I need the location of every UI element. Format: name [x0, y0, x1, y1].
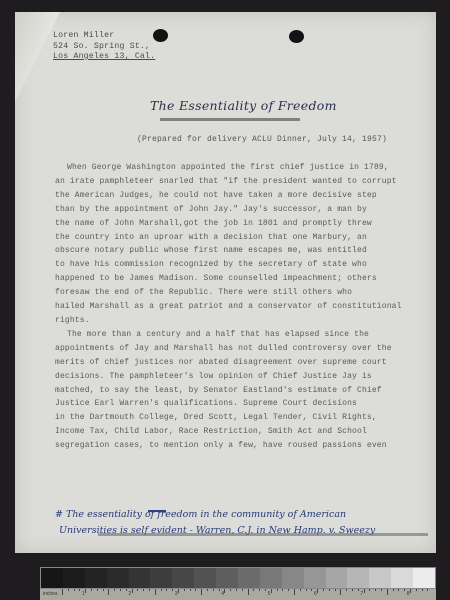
gray-step	[238, 568, 260, 588]
body-line: hailed Marshall as a great patriot and a…	[55, 300, 425, 314]
ruler-tick	[74, 589, 75, 591]
handwritten-note-line: # The essentiality of freedom in the com…	[55, 507, 425, 523]
color-target: inches 12345678	[40, 567, 436, 600]
ruler-tick	[416, 589, 417, 591]
body-line: Justice Earl Warren's qualifications. Su…	[55, 397, 425, 411]
body-line: When George Washington appointed the fir…	[55, 161, 425, 175]
gray-step	[41, 568, 63, 588]
body-line: segregation cases, to mention only a few…	[55, 439, 425, 453]
ruler-tick	[108, 589, 109, 595]
ruler-tick	[219, 589, 220, 591]
ruler-number: 3	[175, 591, 178, 597]
ruler-tick	[265, 589, 266, 591]
body-line: happened to be James Madison. Some couns…	[55, 272, 425, 286]
ruler-tick	[166, 589, 167, 591]
ruler-tick	[387, 589, 388, 595]
gray-step	[282, 568, 304, 588]
body-line: appointments of Jay and Marshall has not…	[55, 342, 425, 356]
sender-name: Loren Miller	[53, 31, 155, 42]
gray-step	[413, 568, 435, 588]
ruler-tick	[277, 589, 278, 591]
ruler-tick	[184, 589, 185, 591]
gray-step	[172, 568, 194, 588]
ruler-tick	[259, 589, 260, 591]
ruler-tick	[132, 589, 133, 593]
body-line: to have his commission recognized by the…	[55, 258, 425, 272]
body-line: matched, to say the least, by Senator Ea…	[55, 384, 425, 398]
body-line: Income Tax, Child Labor, Race Restrictio…	[55, 425, 425, 439]
document-page: Loren Miller 524 So. Spring St., Los Ang…	[15, 12, 436, 553]
ruler-tick	[97, 589, 98, 591]
ruler-tick	[236, 589, 237, 591]
ruler-tick	[323, 589, 324, 591]
body-line: the name of John Marshall,got the job in…	[55, 217, 425, 231]
ruler-tick	[340, 589, 341, 595]
ruler-tick	[375, 589, 376, 591]
ruler-number: 7	[360, 591, 363, 597]
ruler-tick	[195, 589, 196, 591]
ruler-tick	[306, 589, 307, 591]
body-line: foresaw the end of the Republic. There w…	[55, 286, 425, 300]
body-line: merits of chief justices nor abated disa…	[55, 356, 425, 370]
ruler-tick	[335, 589, 336, 591]
ruler-tick	[242, 589, 243, 591]
body-line: obscure notary public whose first name e…	[55, 244, 425, 258]
ruler-tick	[172, 589, 173, 591]
ruler-tick	[149, 589, 150, 591]
ruler-number: 4	[221, 591, 224, 597]
ruler-tick	[120, 589, 121, 591]
gray-step	[85, 568, 107, 588]
title-underline	[160, 118, 300, 121]
body-line: the country into an uproar with a decisi…	[55, 231, 425, 245]
strikethrough-line	[98, 533, 428, 536]
ruler-tick	[352, 589, 353, 591]
gray-step	[347, 568, 369, 588]
ruler-tick	[161, 589, 162, 591]
ruler-tick	[294, 589, 295, 595]
ruler-tick	[68, 589, 69, 591]
ruler-tick	[253, 589, 254, 591]
body-line: the American Judges, he could not have t…	[55, 189, 425, 203]
ruler-tick	[137, 589, 138, 591]
body-line: decisions. The pamphleteer's low opinion…	[55, 370, 425, 384]
ruler-tick	[317, 589, 318, 593]
sender-city: Los Angeles 13, Cal.	[53, 52, 155, 63]
ruler-tick	[114, 589, 115, 591]
ruler-tick	[207, 589, 208, 591]
gray-step	[129, 568, 151, 588]
ruler-number: 5	[268, 591, 271, 597]
ruler-tick	[248, 589, 249, 595]
ruler-tick	[143, 589, 144, 591]
body-text: When George Washington appointed the fir…	[55, 161, 425, 453]
ruler-tick	[300, 589, 301, 591]
gray-scale-strip	[40, 567, 436, 589]
ruler-tick	[422, 589, 423, 591]
body-line: an irate pamphleteer snarled that "if th…	[55, 175, 425, 189]
ruler-tick	[427, 589, 428, 591]
body-line: than by the appointment of John Jay." Ja…	[55, 203, 425, 217]
ruler-tick	[155, 589, 156, 595]
sender-address: Loren Miller 524 So. Spring St., Los Ang…	[53, 31, 155, 63]
ruler-tick	[178, 589, 179, 593]
ruler-tick	[311, 589, 312, 591]
ruler-tick	[62, 589, 63, 595]
ruler-tick	[224, 589, 225, 593]
ruler-number: 2	[128, 591, 131, 597]
ruler-tick	[201, 589, 202, 595]
ruler-tick	[282, 589, 283, 591]
ruler: inches 12345678	[40, 589, 436, 600]
punch-hole	[289, 30, 304, 43]
ruler-tick	[329, 589, 330, 591]
gray-step	[63, 568, 85, 588]
gray-step	[260, 568, 282, 588]
gray-step	[194, 568, 216, 588]
ruler-tick	[381, 589, 382, 591]
ruler-tick	[103, 589, 104, 591]
ruler-number: 6	[314, 591, 317, 597]
gray-step	[304, 568, 326, 588]
ruler-number: 1	[82, 591, 85, 597]
ruler-tick	[85, 589, 86, 593]
ruler-tick	[213, 589, 214, 591]
ruler-tick	[271, 589, 272, 593]
ruler-tick	[393, 589, 394, 591]
gray-step	[326, 568, 348, 588]
ruler-tick	[369, 589, 370, 591]
gray-step	[216, 568, 238, 588]
ruler-tick	[230, 589, 231, 591]
gray-step	[150, 568, 172, 588]
gray-step	[391, 568, 413, 588]
ruler-tick	[190, 589, 191, 591]
body-line: rights.	[55, 314, 425, 328]
ruler-label: inches	[43, 591, 57, 597]
ruler-number: 8	[407, 591, 410, 597]
body-line: The more than a century and a half that …	[55, 328, 425, 342]
ruler-tick	[346, 589, 347, 591]
ruler-tick	[398, 589, 399, 591]
ruler-tick	[410, 589, 411, 593]
body-line: in the Dartmouth College, Dred Scott, Le…	[55, 411, 425, 425]
gray-step	[107, 568, 129, 588]
ruler-tick	[288, 589, 289, 591]
handwritten-note-line: Universities is self evident - Warren, C…	[55, 523, 425, 539]
ruler-tick	[364, 589, 365, 593]
handwritten-title: The Essentiality of Freedom	[150, 98, 337, 113]
ruler-tick	[79, 589, 80, 591]
ruler-tick	[358, 589, 359, 591]
ruler-tick	[91, 589, 92, 591]
ruler-tick	[126, 589, 127, 591]
ruler-tick	[404, 589, 405, 591]
subtitle: (Prepared for delivery ACLU Dinner, July…	[137, 135, 387, 144]
gray-step	[369, 568, 391, 588]
sender-street: 524 So. Spring St.,	[53, 42, 155, 53]
